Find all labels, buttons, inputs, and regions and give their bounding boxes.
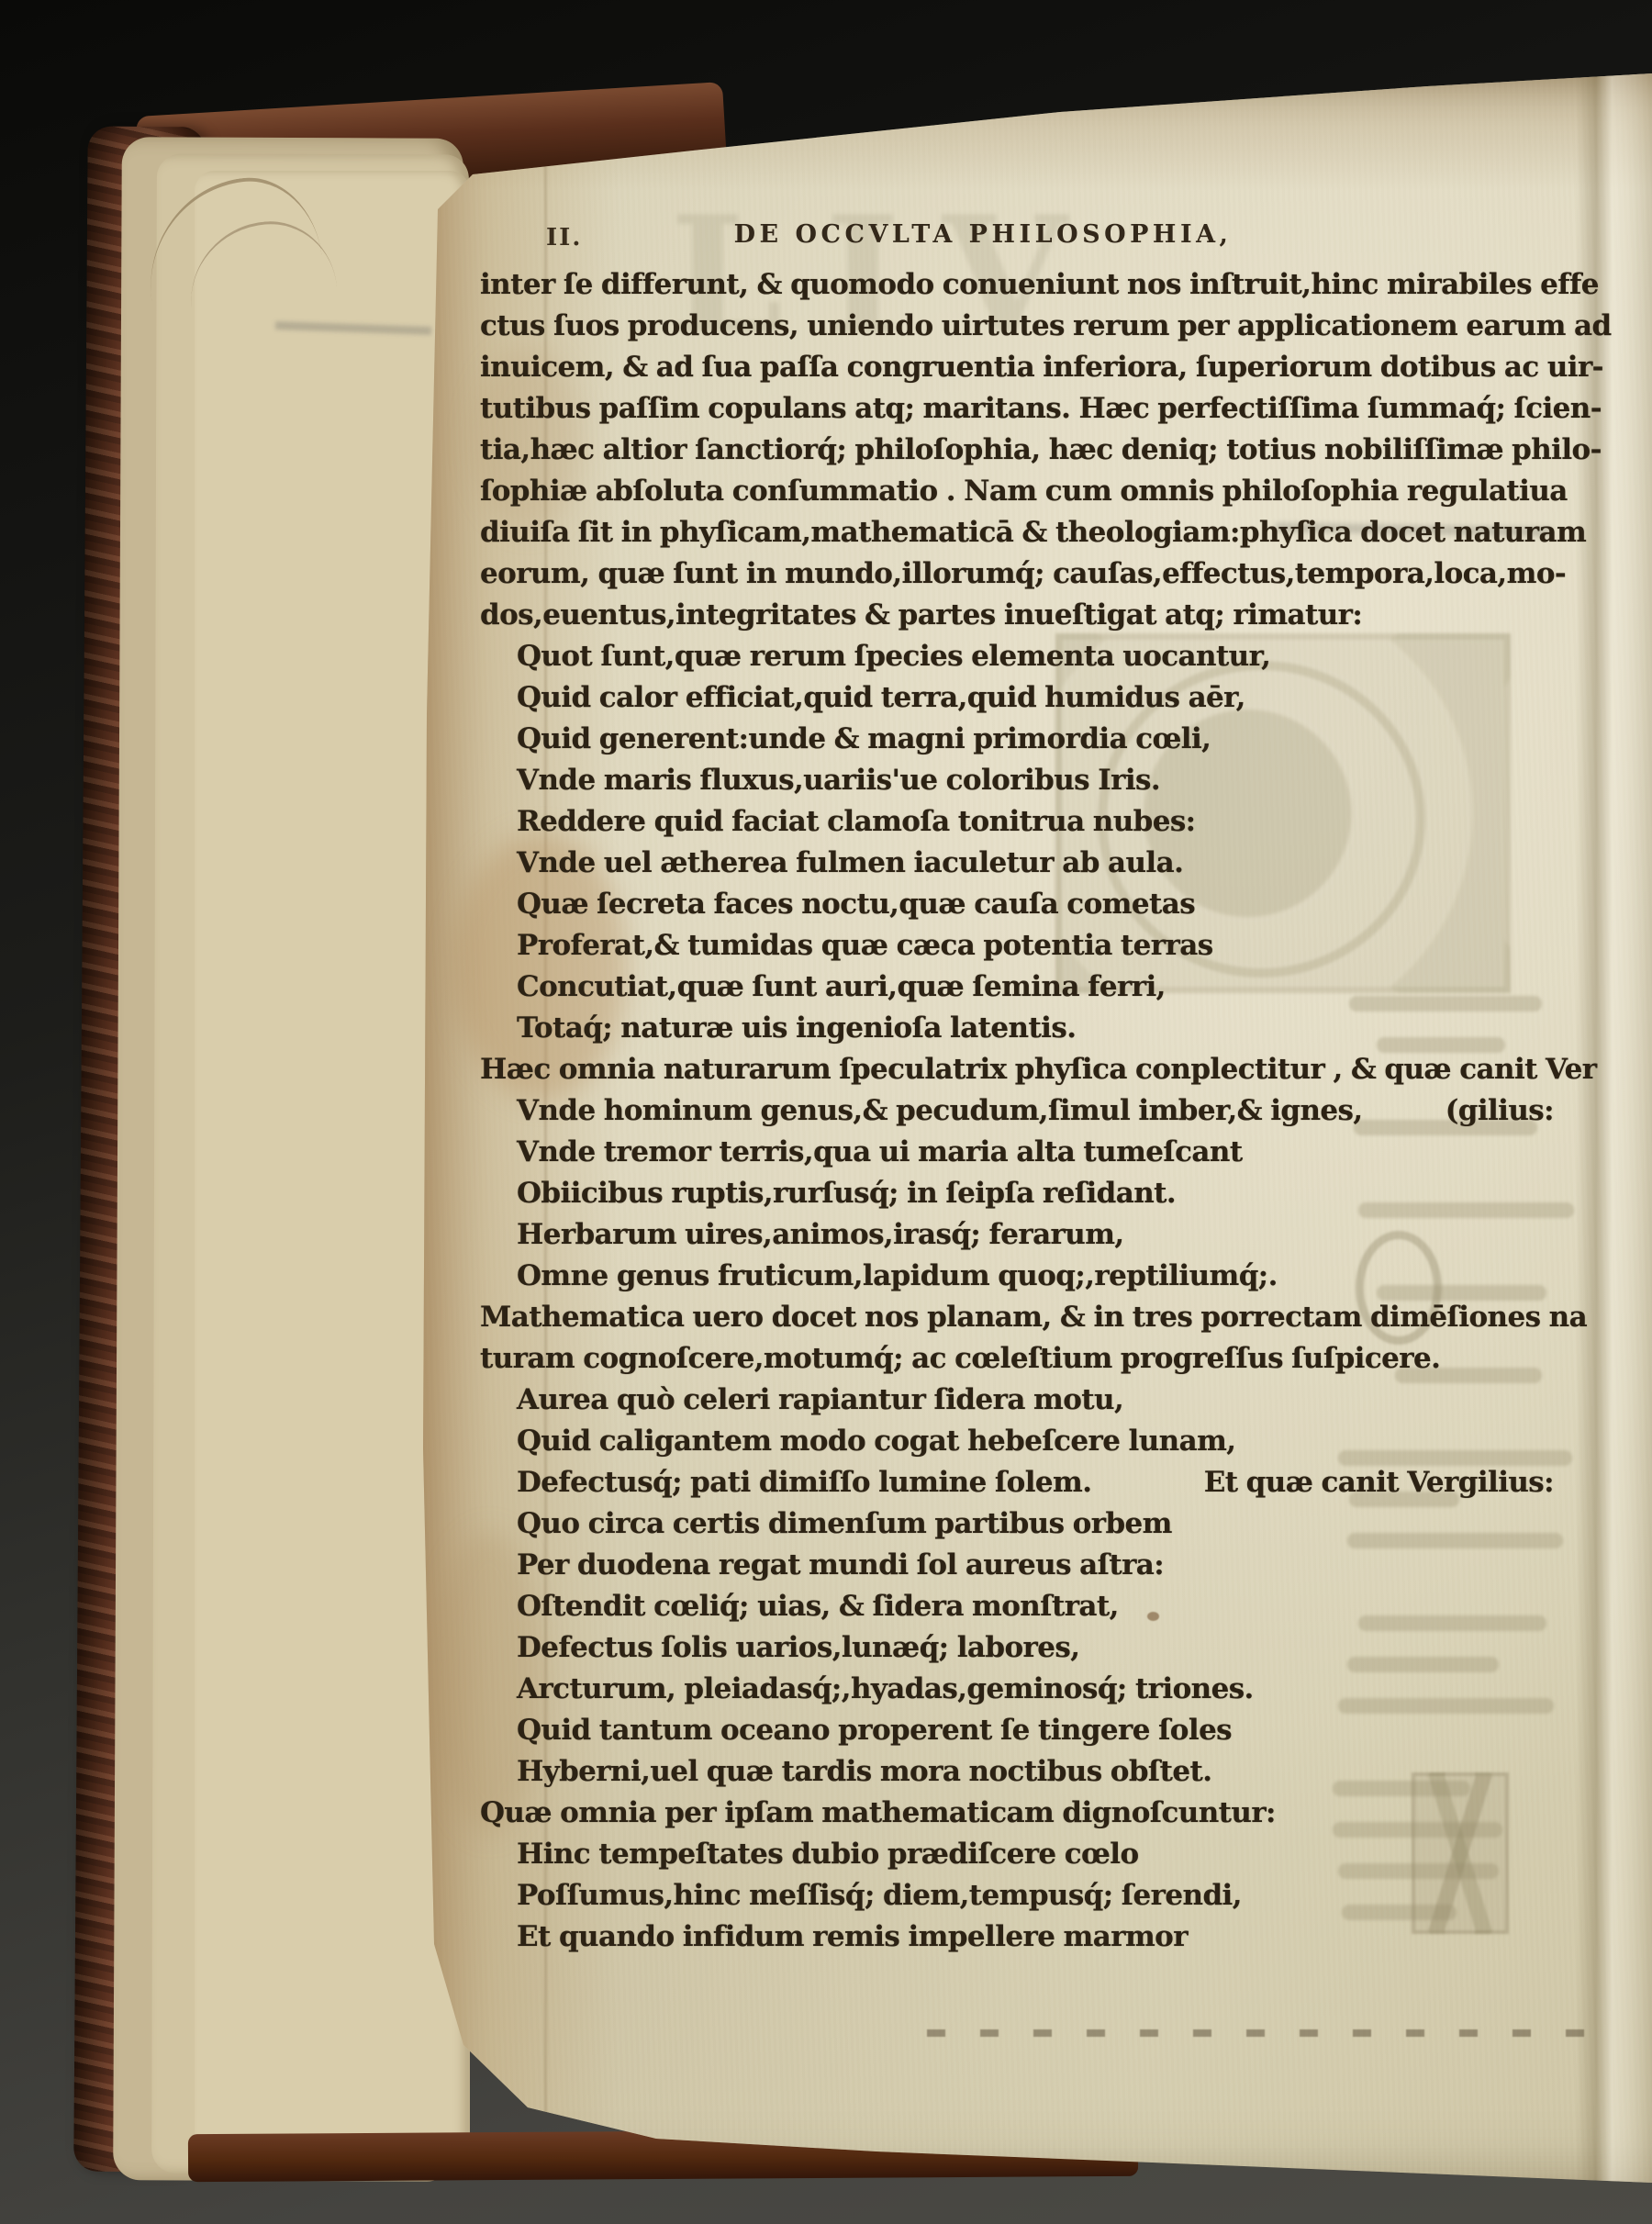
text-line: Poſſumus,hinc meſſisq́; diem,tempusq́; ſ… (480, 1875, 1556, 1917)
text-line: Arcturum, pleiadasq́;,hyadas,geminosq́; … (480, 1669, 1556, 1710)
text-line: Hinc tempeſtates dubio prædiſcere cœlo (480, 1834, 1556, 1875)
text-line: tia,hæc altior ſanctiorq́; philoſophia, … (480, 430, 1556, 471)
text-line: Reddere quid faciat clamoſa tonitrua nub… (480, 801, 1556, 843)
text-line: Mathematica uero docet nos planam, & in … (480, 1297, 1556, 1338)
text-line: Quot ſunt,quæ rerum ſpecies elementa uoc… (480, 636, 1556, 677)
text-line: Quid caligantem modo cogat hebeſcere lun… (480, 1421, 1556, 1462)
text-line: Defectus ſolis uarios,lunæq́; labores, (480, 1627, 1556, 1669)
text-line: eorum, quæ ſunt in mundo,illorumq́; cauſ… (480, 553, 1556, 595)
text-line: Vnde tremor terris,qua ui maria alta tum… (480, 1132, 1556, 1173)
text-line: inter ſe differunt, & quomodo conueniunt… (480, 264, 1556, 306)
text-line: Et quando infidum remis impellere marmor (480, 1917, 1556, 1958)
verse-turnover-text: Et quæ canit Vergilius: (1204, 1462, 1556, 1503)
verse-turnover-text: (gilius: (1445, 1090, 1556, 1132)
text-line: Hyberni,uel quæ tardis mora noctibus obſ… (480, 1751, 1556, 1793)
text-line: Concutiat,quæ ſunt auri,quæ ſemina ferri… (480, 967, 1556, 1008)
text-line: Oſtendit cœliq́; uias, & ſidera monſtrat… (480, 1586, 1556, 1627)
text-line: Quid tantum oceano properent ſe tingere … (480, 1710, 1556, 1751)
text-line: Obiicibus ruptis,rurſusq́; in ſeipſa reſ… (480, 1173, 1556, 1214)
text-line: Totaq́; naturæ uis ingenioſa latentis. (480, 1008, 1556, 1049)
running-title: DE OCCVLTA PHILOSOPHIA, (445, 220, 1521, 249)
text-line: inuicem, & ad ſua paſſa congruentia infe… (480, 347, 1556, 388)
text-line: ctus ſuos producens, uniendo uirtutes re… (480, 306, 1556, 347)
text-line: diuiſa ſit in phyſicam,mathematicā & the… (480, 512, 1556, 553)
page-fore-edge-fold (1576, 72, 1613, 2183)
text-line: Quid calor efficiat,quid terra,quid humi… (480, 677, 1556, 719)
text-line: Quid generent:unde & magni primordia cœl… (480, 719, 1556, 760)
text-line: dos,euentus,integritates & partes inueſt… (480, 595, 1556, 636)
page-fore-edge-highlight (1613, 72, 1652, 2183)
text-line: Quæ ſecreta faces noctu,quæ cauſa cometa… (480, 884, 1556, 925)
book-photograph: LIV II. DE OCCVLTA PHILOSOPHIA, inter ſe… (0, 0, 1652, 2224)
page-header: II. DE OCCVLTA PHILOSOPHIA, (480, 211, 1556, 264)
text-line: Quo circa certis dimenſum partibus orbem (480, 1503, 1556, 1545)
text-line: Per duodena regat mundi ſol aureus aſtra… (480, 1545, 1556, 1586)
printed-text: II. DE OCCVLTA PHILOSOPHIA, inter ſe dif… (480, 211, 1556, 1958)
text-line: turam cognoſcere,motumq́; ac cœleſtium p… (480, 1338, 1556, 1380)
text-line: Hæc omnia naturarum ſpeculatrix phyſica … (480, 1049, 1556, 1090)
text-line: Herbarum uires,animos,irasq́; ferarum, (480, 1214, 1556, 1256)
text-line: Defectusq́; pati dimiſſo lumine ſolem.Et… (480, 1462, 1556, 1503)
verse-text: Vnde hominum genus,& pecudum,ſimul imber… (517, 1090, 1363, 1132)
text-line: Vnde maris fluxus,uariis'ue coloribus Ir… (480, 760, 1556, 801)
text-line: Omne genus fruticum,lapidum quoq;,reptil… (480, 1256, 1556, 1297)
text-line: tutibus paſſim copulans atq; maritans. H… (480, 388, 1556, 430)
verse-text: Defectusq́; pati dimiſſo lumine ſolem. (517, 1462, 1091, 1503)
text-line: Vnde hominum genus,& pecudum,ſimul imber… (480, 1090, 1556, 1132)
text-line: Aurea quò celeri rapiantur ſidera motu, (480, 1380, 1556, 1421)
text-line: Proferat,& tumidas quæ cæca potentia ter… (480, 925, 1556, 967)
text-block: inter ſe differunt, & quomodo conueniunt… (480, 264, 1556, 1958)
text-line: Quæ omnia per ipſam mathematicam dignoſc… (480, 1793, 1556, 1834)
text-line: ſophiæ abſoluta conſummatio . Nam cum om… (480, 471, 1556, 512)
text-line: Vnde uel ætherea fulmen iaculetur ab aul… (480, 843, 1556, 884)
ink-offset-smudge (927, 2029, 1606, 2037)
